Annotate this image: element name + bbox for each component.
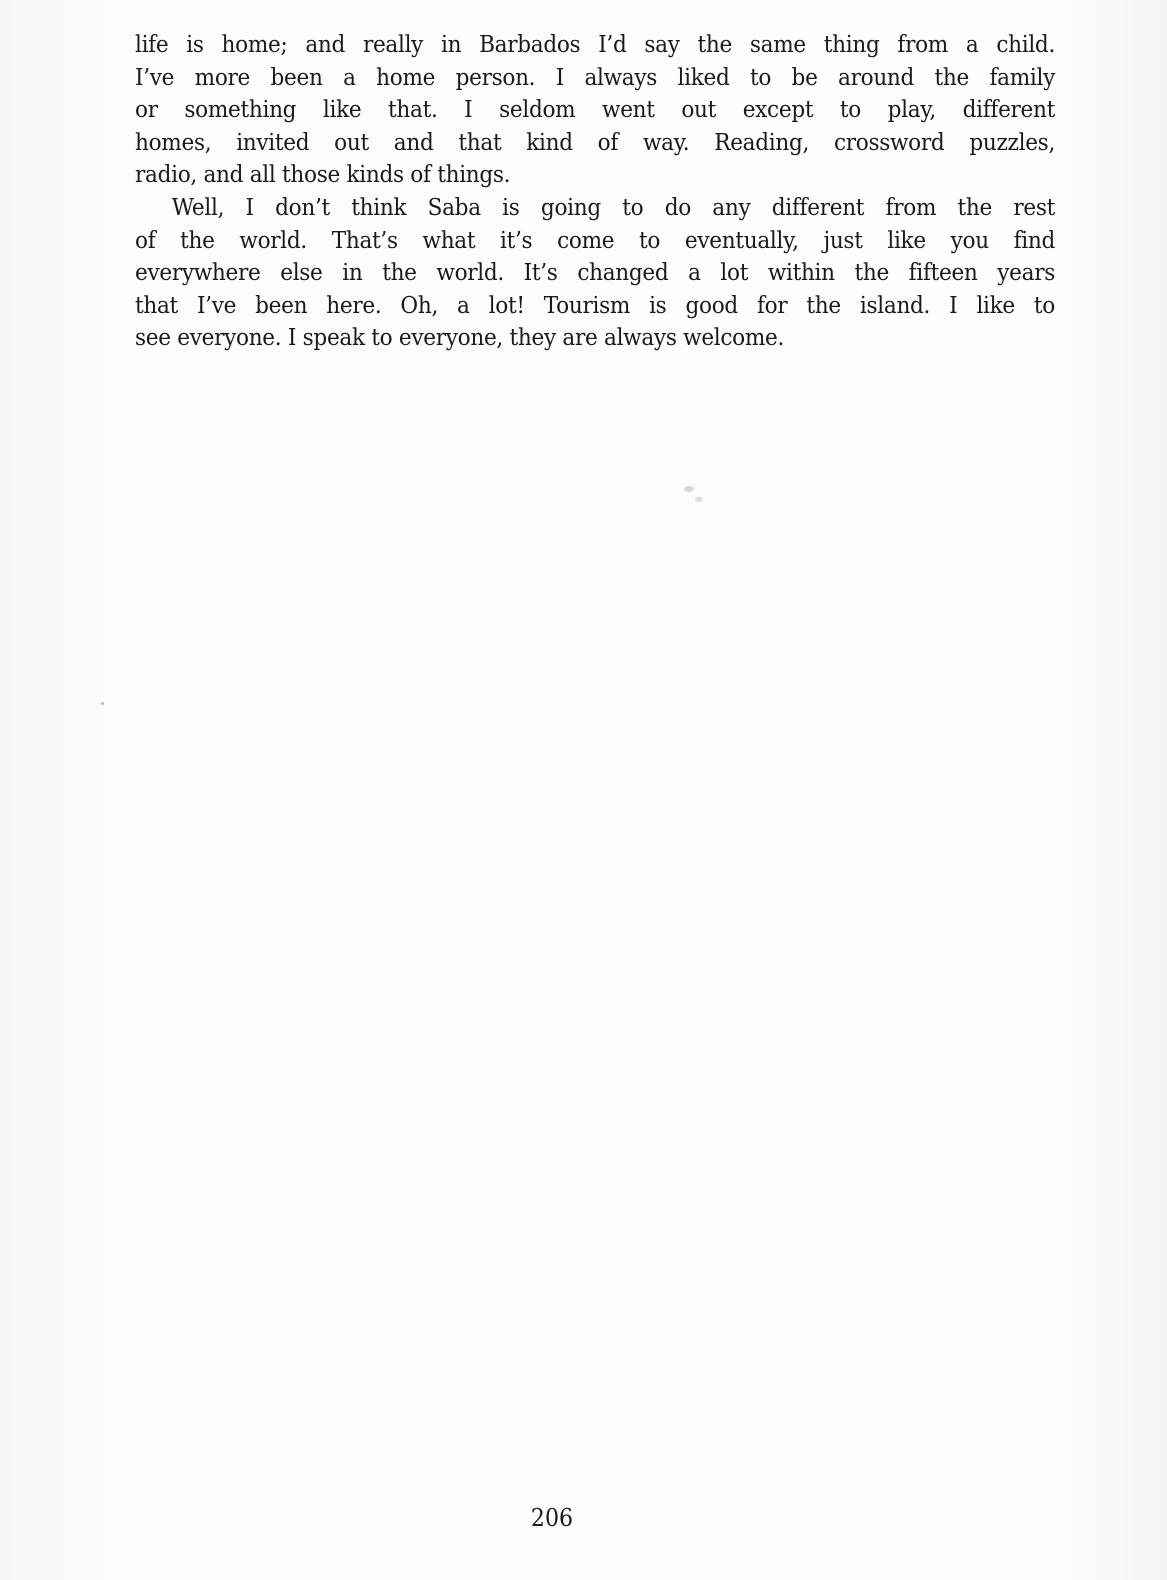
text-line: life is home; and really in Barbados I’d…: [135, 28, 1055, 61]
body-text: life is home; and really in Barbados I’d…: [135, 28, 1055, 354]
scan-speck: [684, 486, 694, 492]
text-line: Well, I don’t think Saba is going to do …: [135, 191, 1055, 224]
scan-speck: [695, 497, 703, 502]
text-line: that I’ve been here. Oh, a lot! Tourism …: [135, 289, 1055, 322]
paragraph-1: life is home; and really in Barbados I’d…: [135, 28, 1055, 191]
paragraph-2: Well, I don’t think Saba is going to do …: [135, 191, 1055, 354]
text-line: everywhere else in the world. It’s chang…: [135, 256, 1055, 289]
text-line: of the world. That’s what it’s come to e…: [135, 224, 1055, 257]
scan-speck: [101, 702, 104, 705]
scanned-page: life is home; and really in Barbados I’d…: [0, 0, 1167, 1580]
text-line: homes, invited out and that kind of way.…: [135, 126, 1055, 159]
text-line: radio, and all those kinds of things.: [135, 158, 1055, 191]
text-line: or something like that. I seldom went ou…: [135, 93, 1055, 126]
text-line: I’ve more been a home person. I always l…: [135, 61, 1055, 94]
page-number: 206: [0, 1504, 1104, 1532]
text-line: see everyone. I speak to everyone, they …: [135, 321, 1055, 354]
